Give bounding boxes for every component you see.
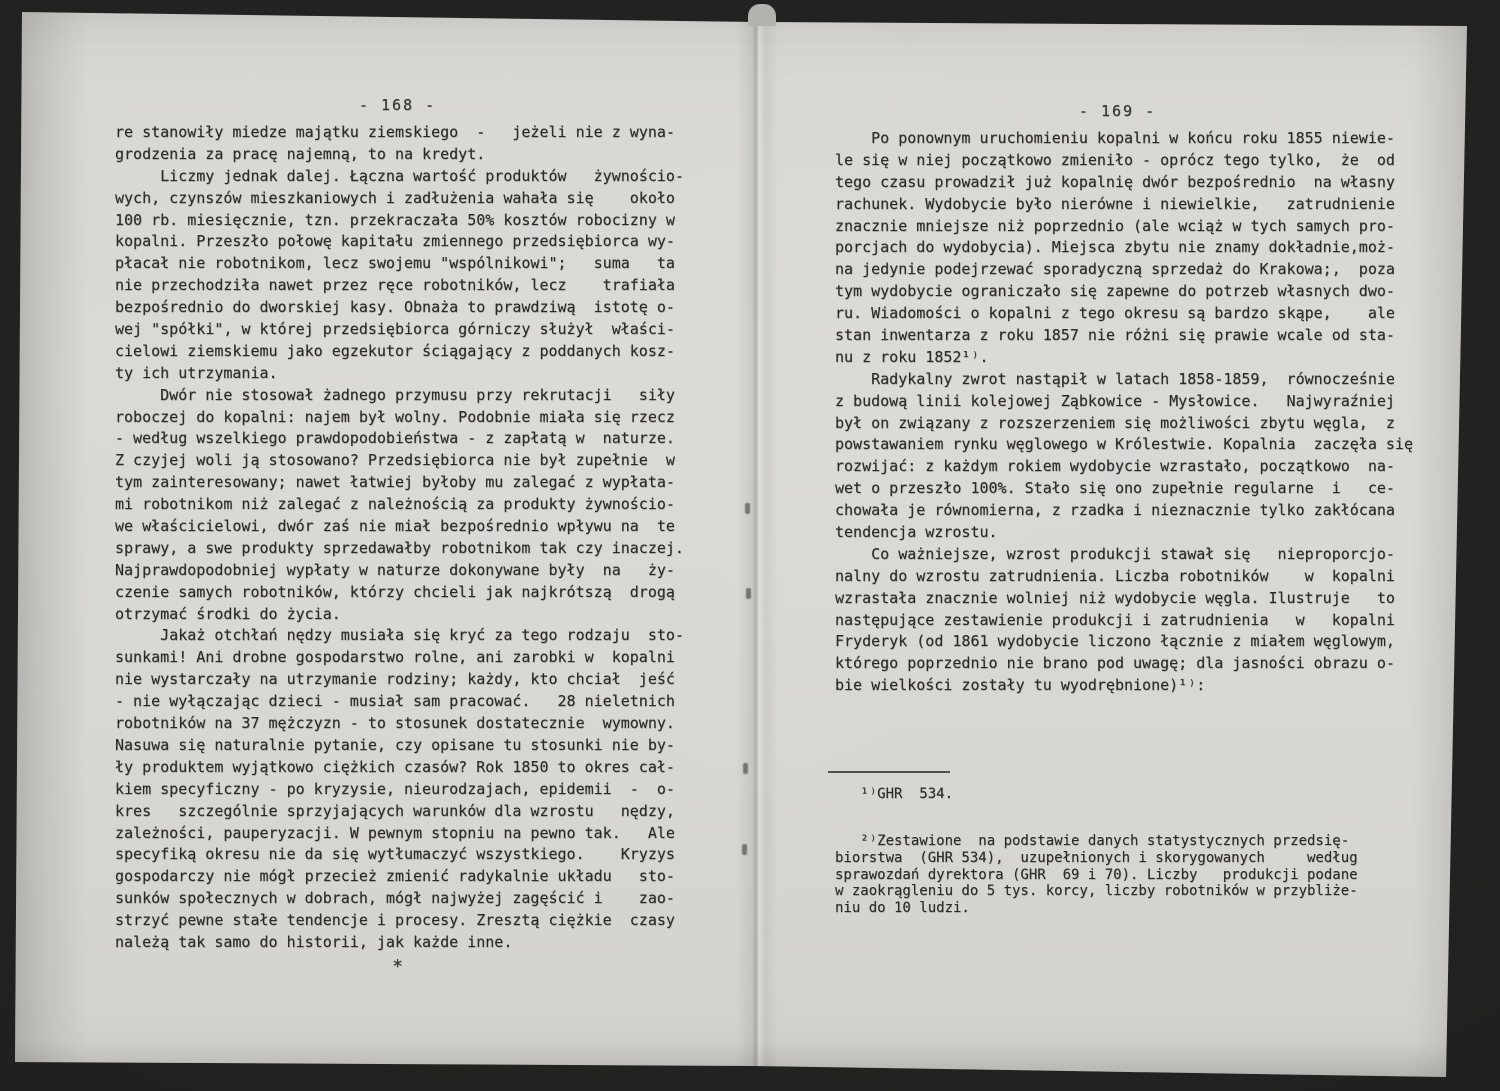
- text-line: le się w niej początkowo zmieniło - opró…: [835, 150, 1475, 172]
- text-line: Po ponownym uruchomieniu kopalni w końcu…: [835, 128, 1475, 150]
- text-line: powstawaniem rynku węglowego w Królestwi…: [835, 434, 1475, 456]
- text-line: był on związany z rozszerzeniem się możl…: [835, 413, 1475, 435]
- text-line: rachunek. Wydobycie było nierówne i niew…: [835, 194, 1475, 216]
- text-line: grodzenia za pracę najemną, to na kredyt…: [115, 144, 755, 166]
- text-line: we właścicielowi, dwór zaś nie miał bezp…: [115, 516, 755, 538]
- text-line: chowała je równomierna, z rzadka i niezn…: [835, 500, 1475, 522]
- paper-edge-shade: [0, 0, 90, 1091]
- text-line: tendencja wzrostu.: [835, 522, 1475, 544]
- text-line: wych, czynszów mieszkaniowych i zadłużen…: [115, 188, 755, 210]
- text-line: kopalni. Przeszło połowę kapitału zmienn…: [115, 231, 755, 253]
- text-line: tego czasu prowadził już kopalnię dwór b…: [835, 172, 1475, 194]
- footnote-1: ¹⁾GHR 534.: [835, 786, 1475, 803]
- left-page-body-text: re stanowiły miedze majątku ziemskiego -…: [115, 122, 755, 954]
- text-line: niu do 10 ludzi.: [835, 900, 1475, 917]
- right-page-body-text: Po ponownym uruchomieniu kopalni w końcu…: [835, 128, 1475, 697]
- text-line: ły produktem wyjątkowo ciężkich czasów? …: [115, 757, 755, 779]
- page-number-right: - 169 -: [835, 102, 1400, 120]
- text-line: kiem specyficzny - po kryzysie, nieurodz…: [115, 779, 755, 801]
- scanned-book-spread: { "page_left": { "number": "- 168 -", "l…: [0, 0, 1500, 1091]
- text-line: stan inwentarza z roku 1857 nie różni si…: [835, 325, 1475, 347]
- text-line: należą tak samo do historii, jak każde i…: [115, 932, 755, 954]
- text-line: w zaokrągleniu do 5 tys. korcy, liczby r…: [835, 883, 1475, 900]
- text-line: robotników na 37 mężczyzn - to stosunek …: [115, 713, 755, 735]
- text-line: gospodarczy nie mógł przecież zmienić ra…: [115, 866, 755, 888]
- text-line: tym zainteresowany; nawet łatwiej byłoby…: [115, 472, 755, 494]
- footnote-2: ²⁾Zestawione na podstawie danych statyst…: [835, 833, 1475, 917]
- text-line: sprawy, a swe produkty sprzedawałby robo…: [115, 538, 755, 560]
- text-line: mi robotnikom niż zalegać z należnością …: [115, 494, 755, 516]
- text-line: nalny do wzrostu zatrudnienia. Liczba ro…: [835, 566, 1475, 588]
- text-line: 100 rb. miesięcznie, tzn. przekraczała 5…: [115, 210, 755, 232]
- text-line: - według wszelkiego prawdopodobieństwa -…: [115, 428, 755, 450]
- text-line: re stanowiły miedze majątku ziemskiego -…: [115, 122, 755, 144]
- text-line: Dwór nie stosował żadnego przymusu przy …: [115, 385, 755, 407]
- text-line: tym wydobycie ograniczało się zapewne do…: [835, 281, 1475, 303]
- text-line: którego poprzednio nie brano pod uwagę; …: [835, 653, 1475, 675]
- text-line: na jedynie podejrzewać sporadyczną sprze…: [835, 259, 1475, 281]
- text-line: ¹⁾GHR 534.: [835, 786, 1475, 803]
- text-line: Jakaż otchłań nędzy musiała się kryć za …: [115, 625, 755, 647]
- text-line: następujące zestawienie produkcji i zatr…: [835, 610, 1475, 632]
- text-line: bezpośrednio do dworskiej kasy. Obnaża t…: [115, 297, 755, 319]
- text-line: Z czyjej woli ją stosowano? Przedsiębior…: [115, 450, 755, 472]
- text-line: sunkami! Ani drobne gospodarstwo rolne, …: [115, 647, 755, 669]
- text-line: otrzymać środki do życia.: [115, 604, 755, 626]
- text-line: Fryderyk (od 1861 wydobycie liczono łącz…: [835, 631, 1475, 653]
- text-line: czenie samych robotników, którzy chcieli…: [115, 582, 755, 604]
- text-line: specyfiką okresu nie da się wytłumaczyć …: [115, 844, 755, 866]
- text-line: kres szczególnie sprzyjających warunków …: [115, 801, 755, 823]
- text-line: cielowi ziemskiemu jako egzekutor ściąga…: [115, 341, 755, 363]
- text-line: Co ważniejsze, wzrost produkcji stawał s…: [835, 544, 1475, 566]
- text-line: Liczmy jednak dalej. Łączna wartość prod…: [115, 166, 755, 188]
- text-line: sunków społecznych w dobrach, mógł najwy…: [115, 888, 755, 910]
- text-line: strzyć pewne stałe tendencje i procesy. …: [115, 910, 755, 932]
- text-line: roboczej do kopalni: najem był wolny. Po…: [115, 407, 755, 429]
- footnote-separator-rule: [828, 771, 950, 773]
- text-line: Nasuwa się naturalnie pytanie, czy opisa…: [115, 735, 755, 757]
- text-line: płacał nie robotnikom, lecz swojemu "wsp…: [115, 253, 755, 275]
- text-line: ru. Wiadomości o kopalni z tego okresu s…: [835, 303, 1475, 325]
- text-line: zależności, pauperyzacji. W pewnym stopn…: [115, 823, 755, 845]
- text-line: biorstwa (GHR 534), uzupełnionych i skor…: [835, 850, 1475, 867]
- text-line: rozwijać: z każdym rokiem wydobycie wzra…: [835, 456, 1475, 478]
- text-line: Najprawdopodobniej wypłaty w naturze dok…: [115, 560, 755, 582]
- text-line: z budową linii kolejowej Ząbkowice - Mys…: [835, 391, 1475, 413]
- text-line: wet o przeszło 100%. Stało się ono zupeł…: [835, 478, 1475, 500]
- text-line: ²⁾Zestawione na podstawie danych statyst…: [835, 833, 1475, 850]
- section-end-asterisk: *: [115, 956, 680, 977]
- page-number-left: - 168 -: [115, 96, 680, 114]
- text-line: wzrastała znacznie wolniej niż wydobycie…: [835, 588, 1475, 610]
- text-line: bie wielkości zostały tu wyodrębnione)¹⁾…: [835, 675, 1475, 697]
- text-line: nie wystarczały na utrzymanie rodziny; k…: [115, 669, 755, 691]
- text-line: Radykalny zwrot nastąpił w latach 1858-1…: [835, 369, 1475, 391]
- text-line: nu z roku 1852¹⁾.: [835, 347, 1475, 369]
- text-line: ty ich utrzymania.: [115, 363, 755, 385]
- text-line: - nie wyłączając dzieci - musiał sam pra…: [115, 691, 755, 713]
- text-line: sprawozdań dyrektora (GHR 69 i 70). Licz…: [835, 867, 1475, 884]
- text-line: znacznie mniejsze niż poprzednio (ale wc…: [835, 216, 1475, 238]
- book-spine-tab: [748, 4, 776, 26]
- text-line: wej "spółki", w której przedsiębiorca gó…: [115, 319, 755, 341]
- text-line: nie przechodziła nawet przez ręce robotn…: [115, 275, 755, 297]
- text-line: porcjach do wydobycia). Miejsca zbytu ni…: [835, 237, 1475, 259]
